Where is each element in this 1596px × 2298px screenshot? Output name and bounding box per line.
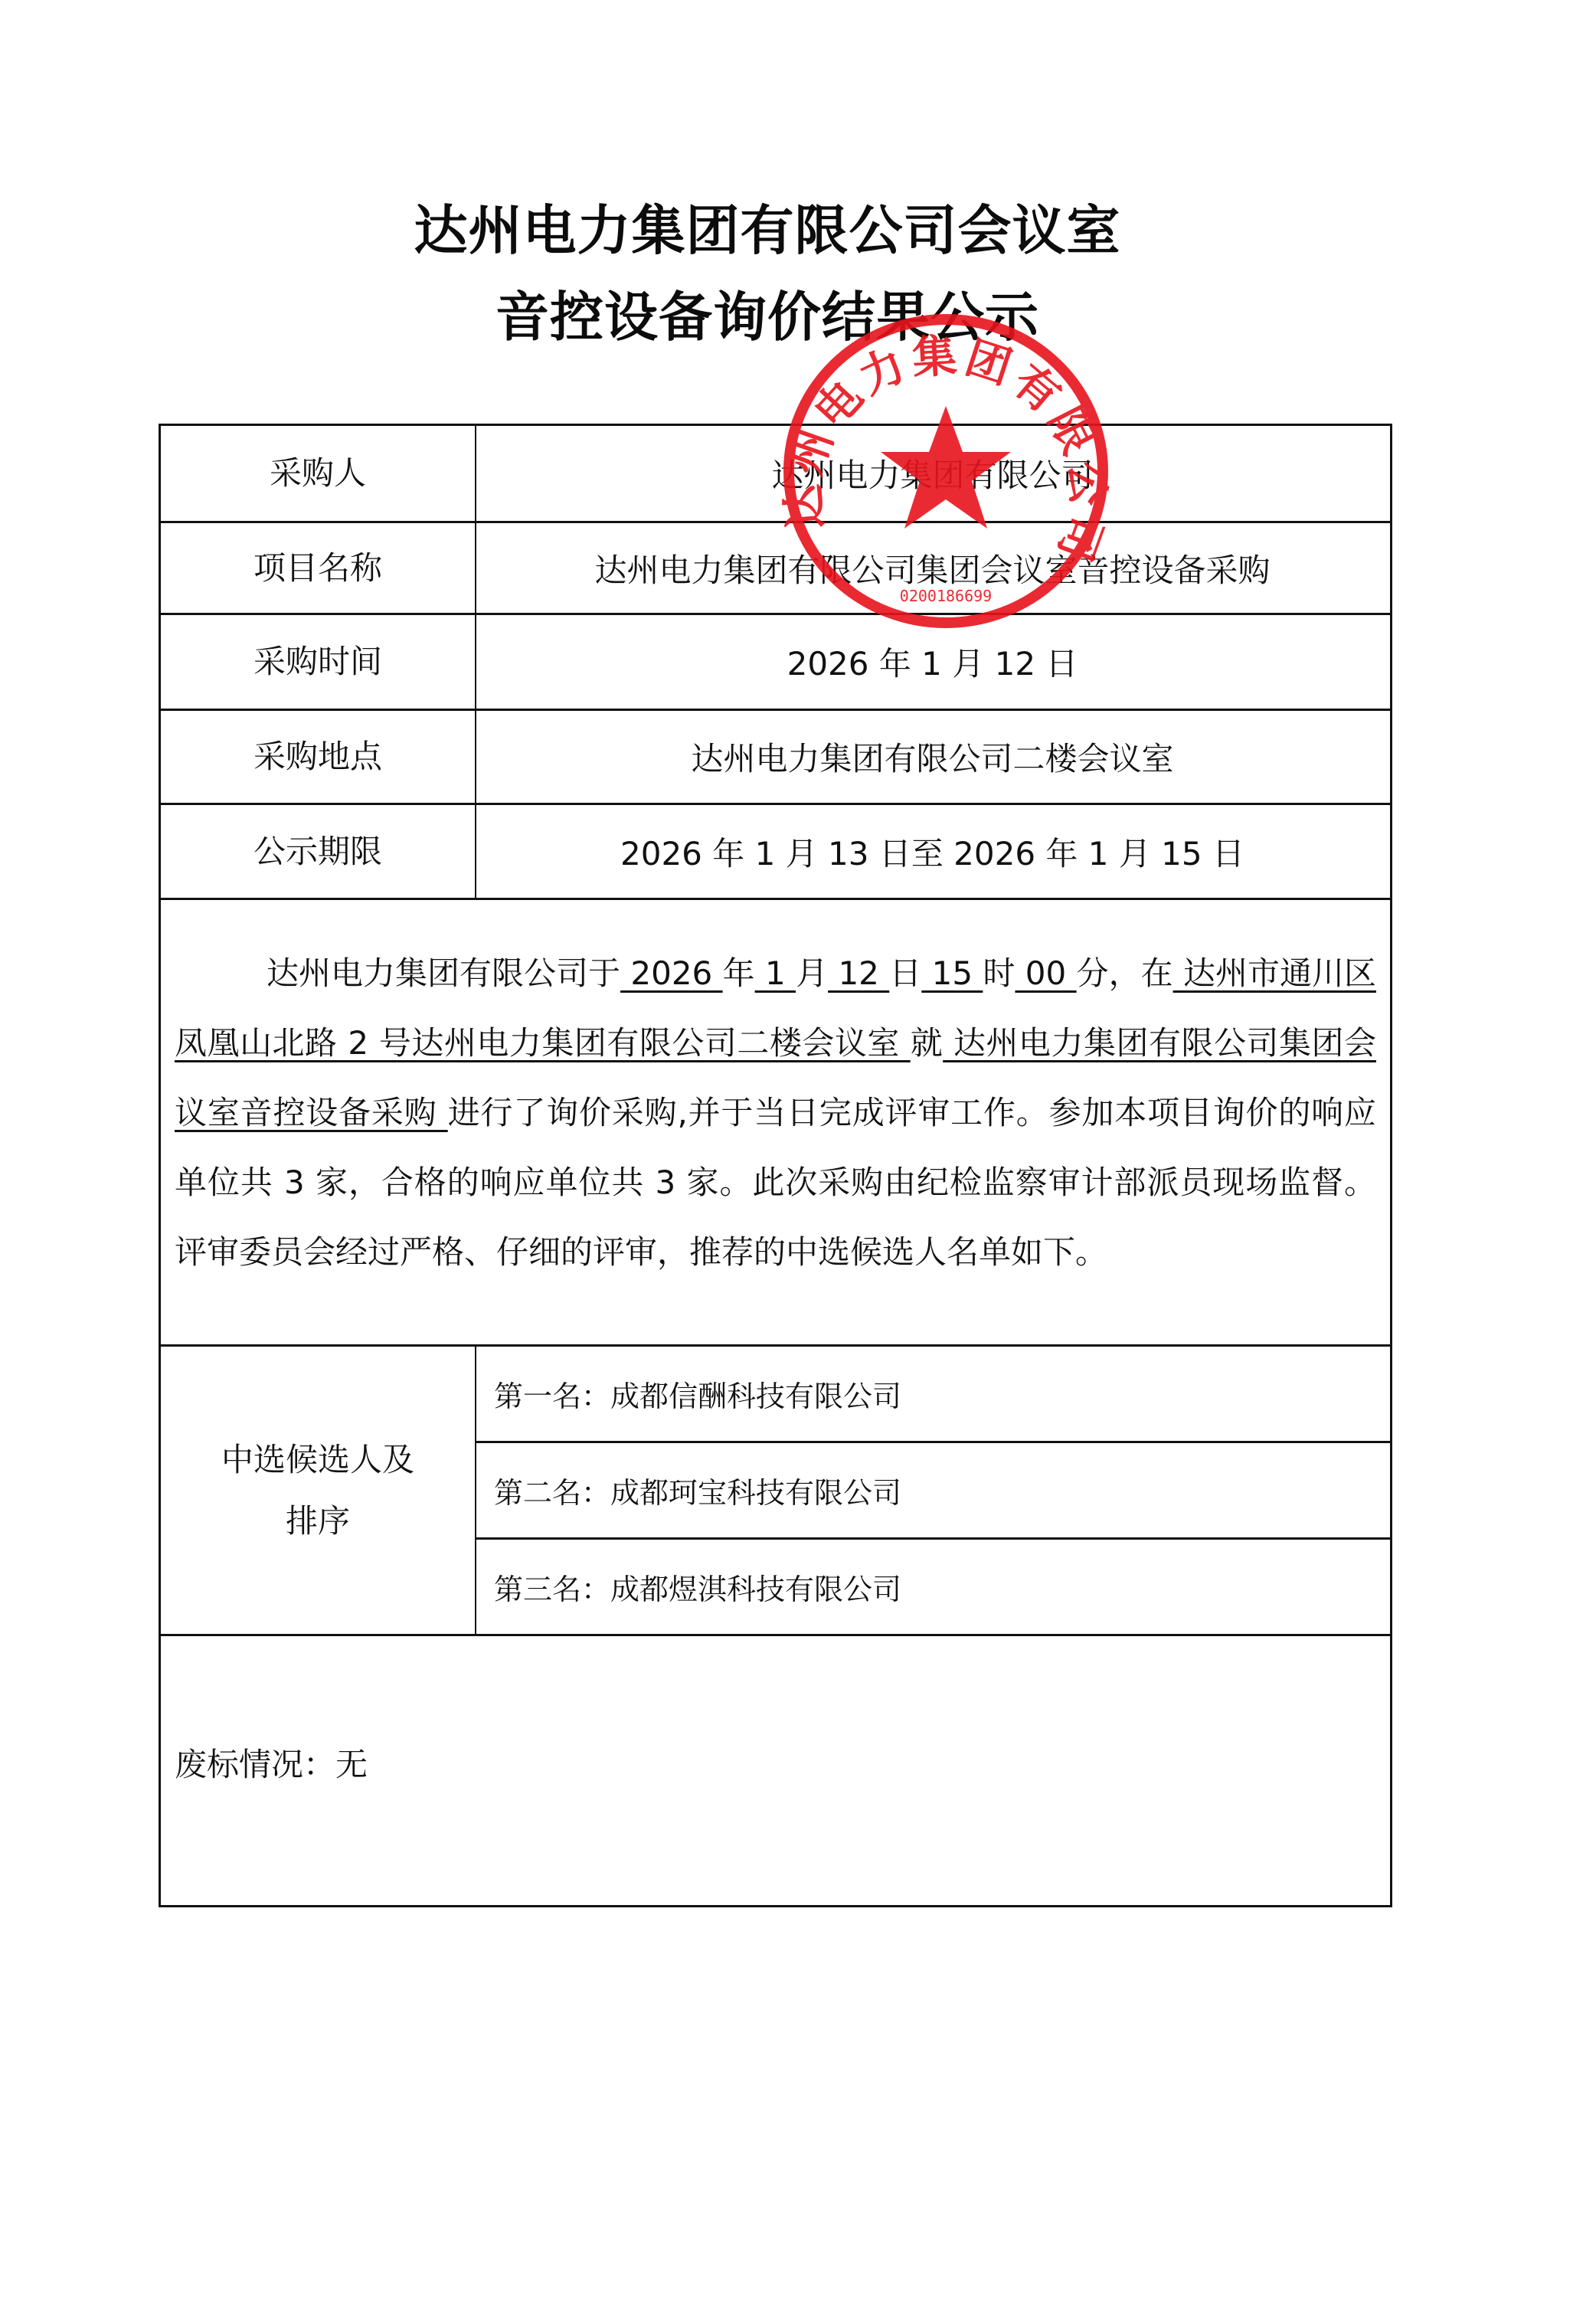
candidate-name: 成都信酬科技有限公司 bbox=[610, 1373, 901, 1415]
table-row-project-name: 项目名称 达州电力集团有限公司集团会议室音控设备采购 bbox=[161, 523, 1390, 615]
document-title-line1: 达州电力集团有限公司会议室 bbox=[0, 188, 1565, 265]
para-text: 分，在 bbox=[1077, 954, 1173, 992]
candidate-name: 成都煜淇科技有限公司 bbox=[610, 1566, 901, 1608]
table-row-publicity-period: 公示期限 2026 年 1 月 13 日至 2026 年 1 月 15 日 bbox=[161, 805, 1390, 900]
para-text: 达州电力集团有限公司于 bbox=[267, 954, 620, 992]
publicity-period-label: 公示期限 bbox=[161, 805, 476, 898]
waste-bid-status: 废标情况：无 bbox=[175, 1740, 368, 1786]
candidate-rank: 第三名： bbox=[494, 1566, 610, 1608]
candidate-row-2: 第二名： 成都珂宝科技有限公司 bbox=[475, 1443, 1390, 1540]
purchase-time-label: 采购时间 bbox=[161, 615, 476, 709]
table-row-waste-bid: 废标情况：无 bbox=[161, 1636, 1390, 1907]
candidates-label-line1: 中选候选人及 bbox=[221, 1429, 414, 1491]
purchase-location-value: 达州电力集团有限公司二楼会议室 bbox=[475, 711, 1390, 803]
para-year: 2026 bbox=[620, 954, 723, 992]
purchase-time-value: 2026 年 1 月 12 日 bbox=[475, 615, 1390, 709]
waste-bid-value: 无 bbox=[335, 1746, 368, 1783]
para-hour: 15 bbox=[921, 954, 983, 992]
para-text: 月 bbox=[796, 954, 828, 992]
purchaser-value: 达州电力集团有限公司 bbox=[475, 426, 1390, 521]
candidates-label-line2: 排序 bbox=[286, 1491, 350, 1552]
document-title-line2: 音控设备询价结果公示 bbox=[0, 274, 1565, 352]
para-text: 日 bbox=[889, 954, 921, 992]
para-day: 12 bbox=[828, 954, 889, 992]
purchase-location-label: 采购地点 bbox=[161, 711, 476, 803]
para-text: 时 bbox=[983, 954, 1015, 992]
purchaser-label: 采购人 bbox=[161, 426, 476, 521]
table-row-candidates: 中选候选人及 排序 第一名： 成都信酬科技有限公司 第二名： 成都珂宝科技有限公… bbox=[161, 1347, 1390, 1636]
para-text: 年 bbox=[723, 954, 755, 992]
description-paragraph: 达州电力集团有限公司于 2026 年 1 月 12 日 15 时 00 分，在 … bbox=[161, 900, 1390, 1344]
announcement-table: 采购人 达州电力集团有限公司 项目名称 达州电力集团有限公司集团会议室音控设备采… bbox=[159, 424, 1392, 1907]
project-name-value: 达州电力集团有限公司集团会议室音控设备采购 bbox=[475, 523, 1390, 613]
publicity-period-value: 2026 年 1 月 13 日至 2026 年 1 月 15 日 bbox=[475, 805, 1390, 898]
table-row-purchase-time: 采购时间 2026 年 1 月 12 日 bbox=[161, 615, 1390, 711]
project-name-label: 项目名称 bbox=[161, 523, 476, 613]
candidate-row-1: 第一名： 成都信酬科技有限公司 bbox=[475, 1347, 1390, 1443]
table-row-description: 达州电力集团有限公司于 2026 年 1 月 12 日 15 时 00 分，在 … bbox=[161, 900, 1390, 1347]
table-row-purchaser: 采购人 达州电力集团有限公司 bbox=[161, 426, 1390, 523]
para-text: 就 bbox=[911, 1024, 944, 1062]
candidate-rank: 第二名： bbox=[494, 1469, 610, 1511]
para-minute: 00 bbox=[1015, 954, 1076, 992]
candidate-rank: 第一名： bbox=[494, 1373, 610, 1415]
candidate-row-3: 第三名： 成都煜淇科技有限公司 bbox=[475, 1540, 1390, 1634]
table-row-purchase-location: 采购地点 达州电力集团有限公司二楼会议室 bbox=[161, 711, 1390, 805]
waste-bid-label: 废标情况： bbox=[175, 1746, 335, 1783]
candidates-label: 中选候选人及 排序 bbox=[161, 1347, 476, 1634]
candidate-name: 成都珂宝科技有限公司 bbox=[610, 1469, 901, 1511]
para-month: 1 bbox=[755, 954, 796, 992]
